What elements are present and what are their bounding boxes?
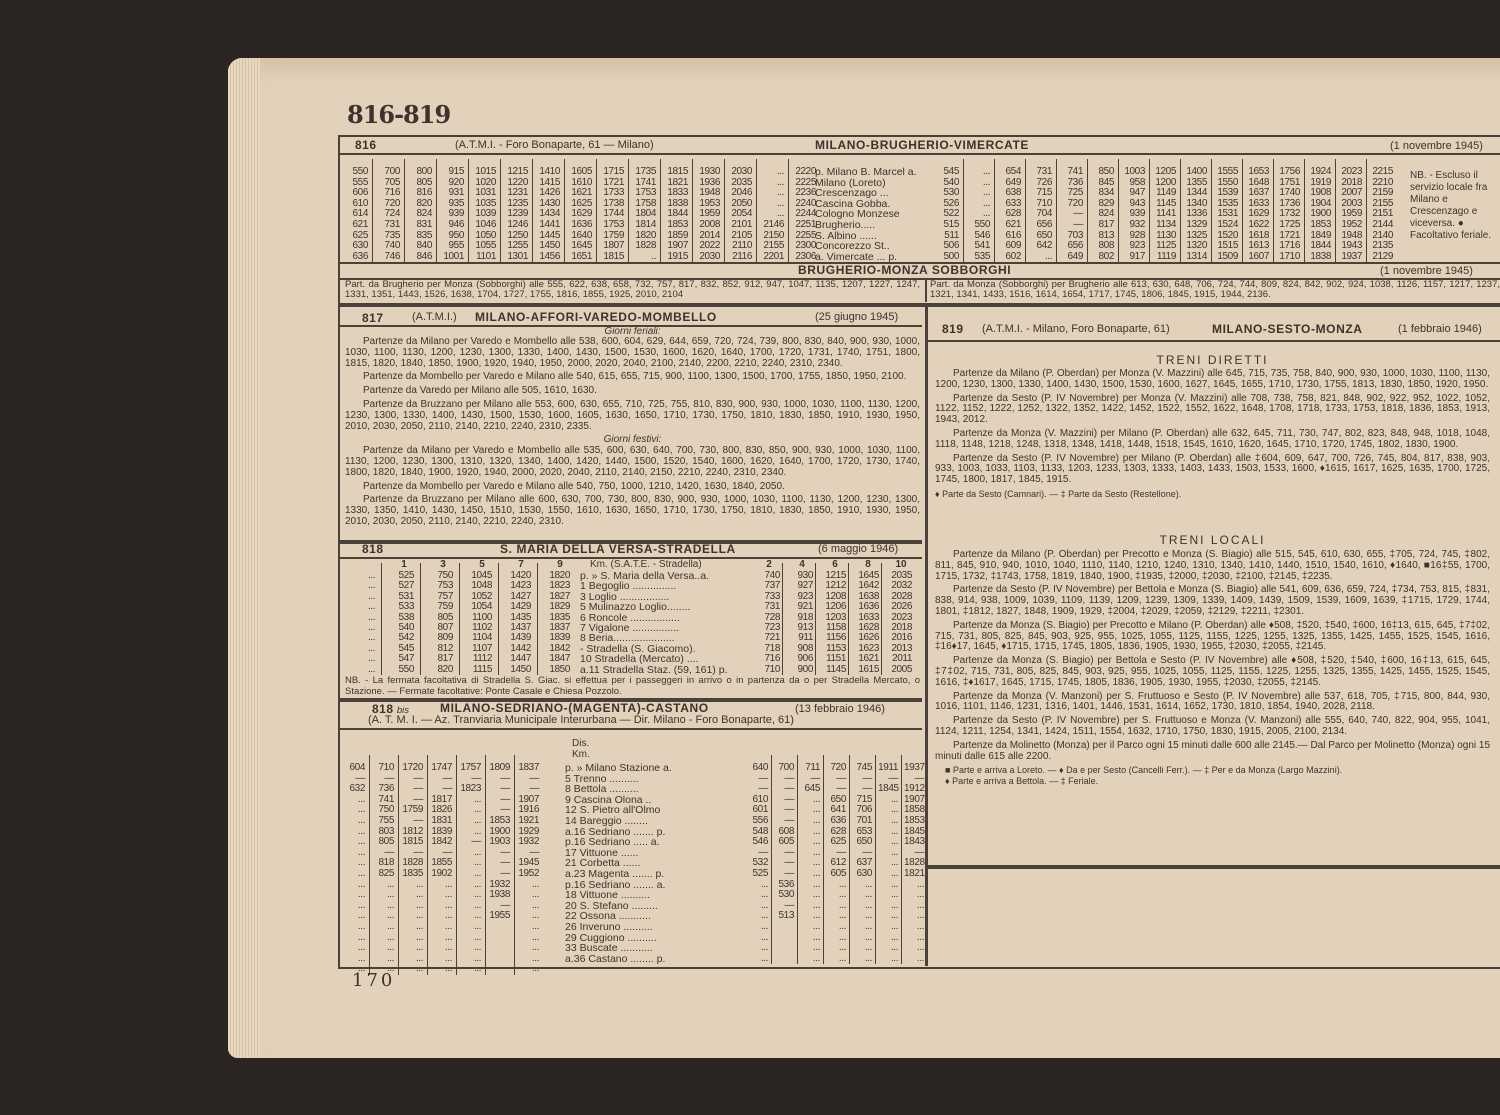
paragraph: Partenze da Monza (S. Biagio) per Bettol… (935, 656, 1490, 688)
time-cell: 1835 (401, 869, 423, 880)
time-column: 1809————185319001903———19321938—1955 (488, 763, 510, 922)
station-list: p. » Milano Stazione a.5 Trenno ........… (565, 763, 672, 964)
time-cell: ... (852, 922, 872, 933)
time-cell: 500 (935, 252, 959, 263)
time-cell: 1555 (1214, 167, 1238, 178)
time-cell: 1952 (1338, 220, 1362, 231)
time-cell: 535 (966, 252, 990, 263)
time-column: .............................. (345, 571, 375, 675)
time-cell: 1821 (904, 869, 924, 880)
column-rule (1118, 159, 1119, 262)
time-cell: ... (1028, 252, 1052, 263)
time-cell: 946 (439, 220, 464, 231)
column-rule (756, 159, 757, 262)
paragraph: Partenze da Bruzzano per Milano alle 553… (345, 400, 920, 432)
time-column: 120512001149114511411134113011251119 (1152, 167, 1176, 262)
time-cell: 1952 (517, 869, 539, 880)
time-cell: ... (800, 954, 820, 965)
paragraph: Partenze da Sesto (P. IV Novembre) per M… (935, 394, 1490, 426)
time-cell: 1853 (1307, 220, 1331, 231)
time-cell: 1814 (631, 220, 656, 231)
station-name: a.36 Castano ........ p. (565, 954, 672, 965)
time-column: 181518211833183818441853185919071915 (663, 167, 688, 262)
time-cell: ... (430, 964, 452, 975)
time-column: 1747——18171826183118391842—18551902.....… (430, 763, 452, 975)
column-rule (1366, 159, 1367, 262)
time-cell: 640 (748, 763, 768, 774)
time-column: 741736725720——703656649 (1059, 167, 1083, 262)
time-column: 1003958947943939932928923917 (1121, 167, 1145, 262)
column-header: 10 (887, 559, 915, 570)
time-cell: 700 (375, 167, 400, 178)
time-cell: ... (748, 922, 768, 933)
time-cell: 1134 (1152, 220, 1176, 231)
time-cell: 1915 (663, 252, 688, 263)
station-name: 26 Inveruno .......... (565, 922, 672, 933)
time-column: 1837——19071916192119291932—19451952.....… (517, 763, 539, 975)
time-column: 1645164216381636163316281626162316211615 (851, 571, 879, 675)
column-rule (963, 159, 964, 262)
time-column: ...............2146215021552201 (759, 167, 784, 262)
column-rule (848, 563, 849, 675)
time-cell: 2146 (759, 220, 784, 231)
time-column: 1820182318271829183518371839184218471850 (540, 571, 570, 675)
time-cell: 1911 (878, 763, 898, 774)
time-cell: ... (904, 954, 924, 965)
time-cell: 1902 (430, 869, 452, 880)
time-cell: 1921 (517, 816, 539, 827)
column-rule (1056, 159, 1057, 262)
divider (928, 865, 1500, 869)
time-cell: 1329 (1183, 220, 1207, 231)
time-cell: 1757 (459, 763, 481, 774)
time-column: 165316481637163316291622161816131607 (1245, 167, 1269, 262)
t817-feriali: Partenze da Milano per Varedo e Mombello… (345, 337, 920, 531)
time-cell: 621 (343, 220, 368, 231)
time-cell: 2005 (884, 665, 912, 675)
time-cell: 1314 (1183, 252, 1207, 263)
time-column: 222022252236224022442251225523002306 (791, 167, 816, 262)
time-cell: .. (631, 252, 656, 263)
time-column: 930927923921918913911908906900 (785, 571, 813, 675)
paragraph: Partenze da Milano (P. Oberdan) per Prec… (935, 550, 1490, 582)
column-header: 7 (506, 559, 536, 570)
time-cell: 1115 (462, 665, 492, 675)
column-header: 2 (755, 559, 783, 570)
paragraph: Partenze da Sesto (P. IV Novembre) per B… (935, 585, 1490, 617)
paragraph: Partenze da Mombello per Varedo e Milano… (345, 482, 920, 493)
column-rule (398, 755, 399, 975)
station-name: p. » Milano Stazione a. (565, 763, 672, 774)
time-cell: 2215 (1369, 167, 1393, 178)
column-header: 9 (545, 559, 575, 570)
time-column: 700705716720724731735740746 (375, 167, 400, 262)
column-rule (532, 159, 533, 262)
time-cell: 1753 (599, 220, 624, 231)
time-cell: 556 (748, 816, 768, 827)
time-cell: 711 (800, 763, 820, 774)
time-column: 9159209319359399469509551001 (439, 167, 464, 262)
time-column: 1420142314271429143514371439144214471450 (501, 571, 531, 675)
time-column: ...............550546541535 (966, 167, 990, 262)
time-column: 711—645.................................… (800, 763, 820, 964)
time-cell: ... (517, 964, 539, 975)
time-cell: ... (878, 922, 898, 933)
time-column: 550555606610614621625630636 (343, 167, 368, 262)
column-rule (369, 755, 370, 975)
time-cell: 515 (935, 220, 959, 231)
paragraph: Partenze da Monza (V. Manzoni) per S. Fr… (935, 692, 1490, 714)
time-cell: ... (800, 816, 820, 827)
time-cell: 745 (852, 763, 872, 774)
column-rule (537, 563, 538, 675)
time-column: 1757—1823............—..................… (459, 763, 481, 975)
time-cell: 513 (774, 911, 794, 922)
time-cell: ... (401, 922, 423, 933)
brugherio-monza-title: BRUGHERIO-MONZA SOBBORGHI (798, 263, 1011, 277)
time-cell: ... (748, 954, 768, 965)
station-name: a. Vimercate ... p. (815, 252, 917, 263)
column-rule (1242, 159, 1243, 262)
time-cell: 1850 (540, 665, 570, 675)
time-cell: 1937 (1338, 252, 1362, 263)
time-cell: 1756 (1276, 167, 1300, 178)
divider (340, 303, 1500, 307)
station-name: Brugherio..... (815, 220, 917, 231)
time-cell: ... (878, 816, 898, 827)
column-header: 5 (467, 559, 497, 570)
time-cell: 602 (997, 252, 1021, 263)
time-cell: ... (401, 964, 423, 975)
time-cell: 656 (1028, 220, 1052, 231)
time-column: 171517211733173817441753175918071815 (599, 167, 624, 262)
time-column: 1720———1759—18121815—18281835...........… (401, 763, 423, 975)
time-column: 745——715706701653650—637630.............… (852, 763, 872, 964)
time-column: 1911—1845...............................… (878, 763, 898, 964)
column-rule (456, 755, 457, 975)
t819-operator: (A.T.M.I. - Milano, Foro Bonaparte, 61) (982, 323, 1170, 335)
time-cell: 900 (785, 665, 813, 675)
time-cell: ... (966, 167, 990, 178)
column-rule (436, 159, 437, 262)
column-rule (381, 563, 382, 675)
t819-diretti-note: ♦ Parte da Sesto (Camnari). — ‡ Parte da… (935, 489, 1490, 500)
time-column: 193019361948195319592008201420222030 (695, 167, 720, 262)
time-cell: 636 (826, 816, 846, 827)
time-cell: ... (852, 954, 872, 965)
time-cell: 1853 (904, 816, 924, 827)
column-rule (1211, 159, 1212, 262)
column-rule (875, 755, 876, 964)
paragraph: Partenze da Varedo per Milano alle 505, … (345, 386, 920, 397)
column-rule (1273, 159, 1274, 262)
t818-header: 818 (362, 542, 384, 556)
time-cell: 621 (997, 220, 1021, 231)
time-cell: — (774, 869, 794, 880)
time-cell: 550 (384, 665, 414, 675)
time-column: 175617511740173617321725172117161710 (1276, 167, 1300, 262)
time-cell: 545 (935, 167, 959, 178)
column-rule (1335, 159, 1336, 262)
t819-locali: Partenze da Milano (P. Oberdan) per Prec… (935, 550, 1490, 787)
time-cell: ... (372, 922, 394, 933)
time-cell: 817 (1090, 220, 1114, 231)
time-cell: 630 (852, 869, 872, 880)
t816-date: (1 novembre 1945) (1390, 140, 1483, 152)
time-cell: 825 (372, 869, 394, 880)
time-cell: — (774, 816, 794, 827)
time-cell: 700 (774, 763, 794, 774)
time-cell: 2030 (727, 167, 752, 178)
time-cell: ... (345, 665, 375, 675)
t819-header: 819 (942, 322, 964, 336)
time-cell: ... (430, 922, 452, 933)
column-rule (692, 159, 693, 262)
page-folio: 170 (352, 970, 395, 991)
time-column: 800805816820824831835840846 (407, 167, 432, 262)
column-rule (660, 159, 661, 262)
paragraph: Partenze da Sesto (P. IV Novembre) per S… (935, 716, 1490, 738)
time-cell: 2220 (791, 167, 816, 178)
time-cell: 1831 (430, 816, 452, 827)
station-name: a.23 Magenta ....... p. (565, 869, 672, 880)
divider (928, 340, 1500, 342)
time-cell: ... (800, 922, 820, 933)
t817-date: (25 giugno 1945) (815, 311, 898, 323)
paragraph: Partenze da Monza (S. Biagio) per Precot… (935, 621, 1490, 653)
time-cell: 746 (375, 252, 400, 263)
time-cell: 755 (372, 816, 394, 827)
time-cell: 1930 (695, 167, 720, 178)
brugherio-monza-date: (1 novembre 1945) (1380, 265, 1473, 277)
time-cell: 820 (423, 665, 453, 675)
column-rule (994, 159, 995, 262)
time-cell: 846 (407, 252, 432, 263)
time-cell: 1046 (471, 220, 496, 231)
time-cell: 1622 (1245, 220, 1269, 231)
time-cell: 731 (1028, 167, 1052, 178)
time-column: 740737733731728723721718716710 (752, 571, 780, 675)
time-cell: 850 (1090, 167, 1114, 178)
time-cell: ... (517, 922, 539, 933)
time-cell: 800 (407, 167, 432, 178)
time-cell: ... (826, 922, 846, 933)
station-name: a.11 Stradella Staz. (59, 161) p. (580, 665, 727, 675)
time-cell: 741 (1059, 167, 1083, 178)
time-column: 160516101621162516291636164016451651 (567, 167, 592, 262)
time-cell: 1246 (503, 220, 528, 231)
time-cell: ... (459, 964, 481, 975)
column-rule (420, 563, 421, 675)
column-rule (498, 563, 499, 675)
divider (925, 280, 927, 302)
t819-diretti: Partenze da Milano (P. Oberdan) per Monz… (935, 369, 1490, 500)
time-cell: 1636 (567, 220, 592, 231)
t818-date: (6 maggio 1946) (818, 543, 898, 555)
time-cell: 710 (372, 763, 394, 774)
column-rule (514, 755, 515, 975)
time-column: 203020352046205020542101210521102116 (727, 167, 752, 262)
column-rule (564, 159, 565, 262)
time-cell: 1003 (1121, 167, 1145, 178)
column-rule (849, 755, 850, 964)
time-cell: 1410 (535, 167, 560, 178)
time-cell: 550 (343, 167, 368, 178)
time-column: 221522102159215521512144214021352129 (1369, 167, 1393, 262)
time-cell: ... (826, 954, 846, 965)
t819-locali-label: TRENI LOCALI (935, 535, 1490, 546)
column-rule (596, 159, 597, 262)
time-cell: 1509 (1214, 252, 1238, 263)
time-cell: 731 (375, 220, 400, 231)
t817-title: MILANO-AFFORI-VAREDO-MOMBELLO (475, 310, 717, 324)
time-cell: 1456 (535, 252, 560, 263)
paragraph: Partenze da Monza (V. Mazzini) per Milan… (935, 429, 1490, 451)
time-column: 1045104810521054110011021104110711121115 (462, 571, 492, 675)
t818bis-operator: (A. T. M. I. — Az. Tranviaria Municipale… (368, 714, 794, 726)
time-column: 640——610601556548546—532525.............… (748, 763, 768, 964)
paragraph: Partenze da Bruzzano per Milano alle 600… (345, 495, 920, 527)
column-rule (459, 563, 460, 675)
time-cell: ... (343, 922, 365, 933)
time-column: 140013551344134013361329132513201314 (1183, 167, 1207, 262)
column-rule (901, 755, 902, 964)
time-column: 141014151426143014341441144514501456 (535, 167, 560, 262)
time-cell: 1725 (1276, 220, 1300, 231)
time-column: 2035203220282026202320182016201320112005 (884, 571, 912, 675)
t816-note: NB. - Escluso il servizio locale fra Mil… (1410, 170, 1500, 242)
column-rule (1025, 159, 1026, 262)
time-cell: ... (759, 167, 784, 178)
time-cell: 1924 (1307, 167, 1331, 178)
time-cell: 1815 (599, 252, 624, 263)
time-cell: 525 (748, 869, 768, 880)
time-cell: 2251 (791, 220, 816, 231)
time-column: 700—————608605———536530—513 (774, 763, 794, 922)
time-column: 545540530526522515511506500 (935, 167, 959, 262)
time-cell: ... (878, 869, 898, 880)
t818bis-date: (13 febbraio 1946) (795, 703, 885, 715)
column-rule (823, 755, 824, 964)
time-cell: 1400 (1183, 167, 1207, 178)
time-cell: 654 (997, 167, 1021, 178)
time-column: 121512201231123512391246125012551301 (503, 167, 528, 262)
time-cell: 1301 (503, 252, 528, 263)
station-name: 14 Bareggio ........ (565, 816, 672, 827)
time-column: 525527531533538540542545547550 (384, 571, 414, 675)
time-cell: 2116 (727, 252, 752, 263)
time-column: 750753757759805807809812817820 (423, 571, 453, 675)
t818bis-title: MILANO-SEDRIANO-(MAGENTA)-CASTANO (440, 701, 709, 715)
time-cell: ... (459, 816, 481, 827)
column-rule (404, 159, 405, 262)
t819-diretti-label: TRENI DIRETTI (935, 355, 1490, 366)
time-cell: 917 (1121, 252, 1145, 263)
time-cell: 915 (439, 167, 464, 178)
time-cell: ... (878, 954, 898, 965)
time-column: 17351741175317581804181418201828.. (631, 167, 656, 262)
dis-km-header: Dis. Km. (572, 738, 602, 760)
column-rule (881, 563, 882, 675)
column-rule (815, 563, 816, 675)
paragraph: Partenze da Sesto (P. IV Novembre) per M… (935, 454, 1490, 486)
time-cell: 1450 (501, 665, 531, 675)
time-cell: 1735 (631, 167, 656, 178)
time-cell: 831 (407, 220, 432, 231)
t817-header: 817 (362, 311, 384, 325)
time-cell: 1809 (488, 763, 510, 774)
column-header: 8 (854, 559, 882, 570)
time-cell: 1747 (430, 763, 452, 774)
time-cell: 636 (343, 252, 368, 263)
t819-locali-note: ♦ Parte e arriva a Bettola. — ‡ Feriale. (935, 776, 1490, 787)
time-cell: — (401, 816, 423, 827)
page-header-number: 816-819 (347, 100, 450, 129)
time-column: 1215121212081206120311581156115311511145 (818, 571, 846, 675)
paragraph: Partenze da Milano per Varedo e Mombello… (345, 337, 920, 369)
time-cell: 604 (343, 763, 365, 774)
time-column: 720——650641636628625—612605.............… (826, 763, 846, 964)
column-header: 3 (428, 559, 458, 570)
t819-date: (1 febbraio 1946) (1398, 323, 1482, 335)
time-cell: — (1059, 220, 1083, 231)
divider (340, 728, 922, 730)
time-cell: 701 (852, 816, 872, 827)
column-rule (797, 755, 798, 964)
time-cell: 1955 (488, 911, 510, 922)
time-cell: 802 (1090, 252, 1114, 263)
station-list: p. Milano B. Marcel a.Milano (Loreto)Cre… (815, 167, 917, 262)
time-cell: 1015 (471, 167, 496, 178)
time-cell: ... (343, 816, 365, 827)
time-column: 101510201031103510391046105010551101 (471, 167, 496, 262)
km-header: Km. (S.A.T.E. - Stradella) (590, 559, 702, 570)
paragraph: Partenze da Molinetto (Monza) per il Par… (935, 741, 1490, 763)
time-cell: 1607 (1245, 252, 1269, 263)
column-rule (771, 755, 772, 964)
station-list: p. » S. Maria della Versa..a.1 Begoglio … (580, 571, 727, 675)
time-cell: 932 (1121, 220, 1145, 231)
time-column: 155515501539153515311524152015151509 (1214, 167, 1238, 262)
time-cell: 1853 (488, 816, 510, 827)
paragraph: Partenze da Milano (P. Oberdan) per Monz… (935, 369, 1490, 391)
column-rule (372, 159, 373, 262)
t816-title: MILANO-BRUGHERIO-VIMERCATE (815, 138, 1029, 152)
column-header: 4 (788, 559, 816, 570)
time-cell: 1937 (904, 763, 924, 774)
column-header: 1 (389, 559, 419, 570)
column-rule (500, 159, 501, 262)
time-cell: — (488, 869, 510, 880)
time-cell: 1205 (1152, 167, 1176, 178)
divider (340, 153, 1500, 155)
time-cell: 1615 (851, 665, 879, 675)
time-cell: 2129 (1369, 252, 1393, 263)
paragraph: Partenze da Mombello per Varedo e Milano… (345, 372, 920, 383)
column-rule (1087, 159, 1088, 262)
column-rule (1180, 159, 1181, 262)
time-cell: 1119 (1152, 252, 1176, 263)
t818-title: S. MARIA DELLA VERSA-STRADELLA (500, 542, 736, 556)
time-column: 1937—191219071858185318451843—18281821..… (904, 763, 924, 964)
time-cell: 1837 (517, 763, 539, 774)
time-cell: 1441 (535, 220, 560, 231)
time-column: 710—736741750755803805—818825...........… (372, 763, 394, 975)
column-rule (1304, 159, 1305, 262)
time-column: 850845834829824817813808802 (1090, 167, 1114, 262)
column-rule (782, 563, 783, 675)
time-cell: ... (904, 922, 924, 933)
